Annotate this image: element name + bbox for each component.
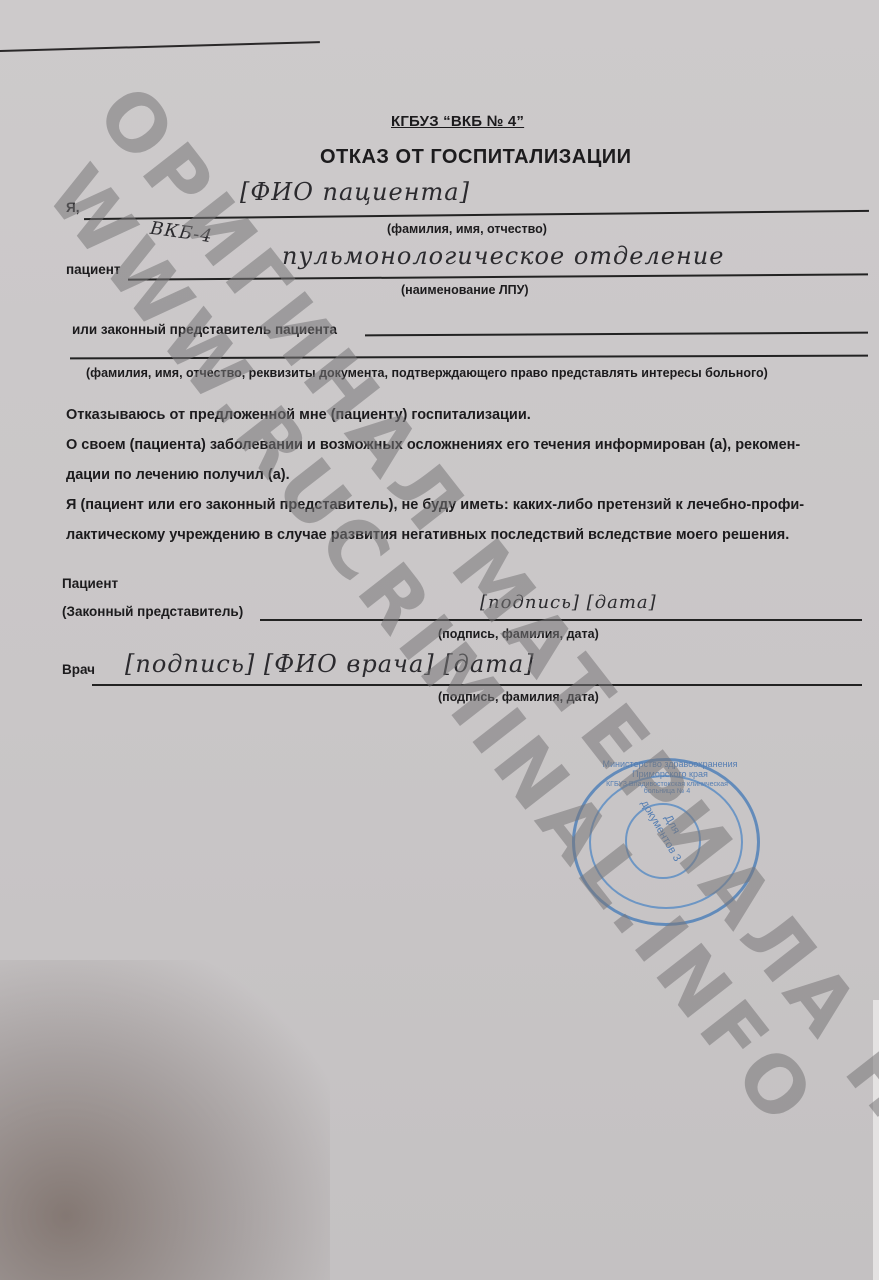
patient-sign-label: Пациент xyxy=(62,576,118,591)
paragraph-2a: О своем (пациента) заболевании и возможн… xyxy=(66,430,866,460)
top-rule xyxy=(0,41,320,52)
fio-value: [ФИО пациента] xyxy=(240,178,470,206)
fio-caption: (фамилия, имя, отчество) xyxy=(387,222,547,236)
document-title: ОТКАЗ ОТ ГОСПИТАЛИЗАЦИИ xyxy=(320,146,632,169)
representative-sign-label: (Законный представитель) xyxy=(62,604,243,619)
paper-shadow xyxy=(0,960,330,1280)
facility-caption: (наименование ЛПУ) xyxy=(401,283,529,297)
representative-line-1 xyxy=(365,332,868,337)
organization-header: КГБУЗ “ВКБ № 4” xyxy=(391,113,524,130)
facility-value: пульмонологическое отделение xyxy=(282,242,724,270)
doctor-label: Врач xyxy=(62,662,95,677)
